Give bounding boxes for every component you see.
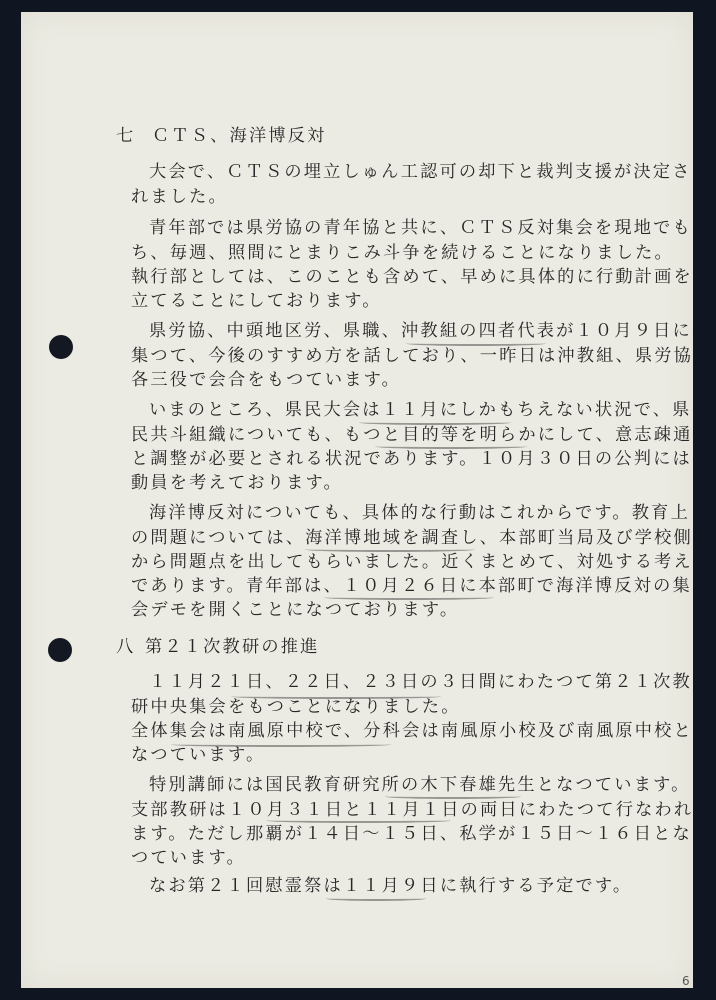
pencil-underline xyxy=(171,742,391,747)
body-line: なつています。 xyxy=(131,745,265,765)
body-line: 集つて、今後のすすめ方を話しており、一昨日は沖教組、県労協 xyxy=(131,346,693,366)
body-line: 海洋博反対についても、具体的な行動はこれからです。教育上 xyxy=(149,503,690,523)
pencil-underline xyxy=(326,896,426,901)
body-line: から問題点を出してもらいました。近くまとめて、対処する考え xyxy=(131,552,693,572)
body-line: 特別講師には国民教育研究所の木下春雄先生となつています。 xyxy=(149,775,690,795)
document-page: 七 ＣＴＳ、海洋博反対 大会で、ＣＴＳの埋立しゅん工認可の却下と裁判支援が決定さ… xyxy=(21,12,693,988)
pencil-underline xyxy=(375,444,527,449)
section-numeral: 八 xyxy=(116,637,135,657)
pencil-underline xyxy=(305,547,475,552)
body-line: 各三役で会合をもつています。 xyxy=(131,370,401,390)
body-line: 全体集会は南風原中校で、分科会は南風原小校及び南風原中校と xyxy=(131,721,693,741)
body-line: なお第２１回慰霊祭は１１月９日に執行する予定です。 xyxy=(149,876,632,896)
section-heading: 第２１次教研の推進 xyxy=(145,637,320,657)
pencil-underline xyxy=(406,341,546,346)
body-line: 大会で、ＣＴＳの埋立しゅん工認可の却下と裁判支援が決定さ xyxy=(149,162,692,182)
body-line: 動員を考えております。 xyxy=(131,473,343,493)
body-line: と調整が必要とされる状況であります。１０月３０日の公判には xyxy=(131,449,692,469)
body-line: １１月２１日、２２日、２３日の３日間にわたつて第２１次教 xyxy=(149,672,692,692)
body-line: 支部教研は１０月３１日と１１月１日の両日にわたつて行なわれ xyxy=(131,800,693,820)
pencil-underline xyxy=(385,794,521,799)
document-text: 七 ＣＴＳ、海洋博反対 大会で、ＣＴＳの埋立しゅん工認可の却下と裁判支援が決定さ… xyxy=(21,12,693,988)
body-line: 研中央集会をもつことになりました。 xyxy=(131,697,461,717)
body-line: 会デモを開くことになつております。 xyxy=(131,600,459,620)
pencil-underline xyxy=(231,694,441,699)
body-line: であります。青年部は、１０月２６日に本部町で海洋博反対の集 xyxy=(131,576,692,596)
body-line: 執行部としては、このことも含めて、早めに具体的に行動計画を xyxy=(131,267,693,287)
section-numeral: 七 xyxy=(116,126,135,146)
body-line: ます。ただし那覇が１４日～１５日、私学が１５日～１６日とな xyxy=(131,824,692,844)
body-line: つています。 xyxy=(131,848,246,868)
body-line: 立てることにしております。 xyxy=(131,291,382,311)
pencil-underline xyxy=(266,818,451,823)
body-line: 青年部では県労協の青年協と共に、ＣＴＳ反対集会を現地でも xyxy=(149,218,692,238)
body-line: れました。 xyxy=(131,187,228,207)
pencil-underline xyxy=(359,420,511,425)
body-line: 県労協、中頭地区労、県職、沖教組の四者代表が１０月９日に xyxy=(149,321,692,341)
body-line: の問題については、海洋博地域を調査し、本部町当局及び学校側 xyxy=(131,528,693,548)
body-line: 民共斗組織についても、もつと目的等を明らかにして、意志疎通 xyxy=(131,425,693,445)
pencil-underline xyxy=(324,595,494,600)
body-line: ち、毎週、照間にとまりこみ斗争を続けることになりました。 xyxy=(131,243,674,263)
page-number: 6 xyxy=(682,974,690,988)
section-heading: ＣＴＳ、海洋博反対 xyxy=(152,126,327,146)
body-line: いまのところ、県民大会は１１月にしかもちえない状況で、県 xyxy=(149,400,692,420)
